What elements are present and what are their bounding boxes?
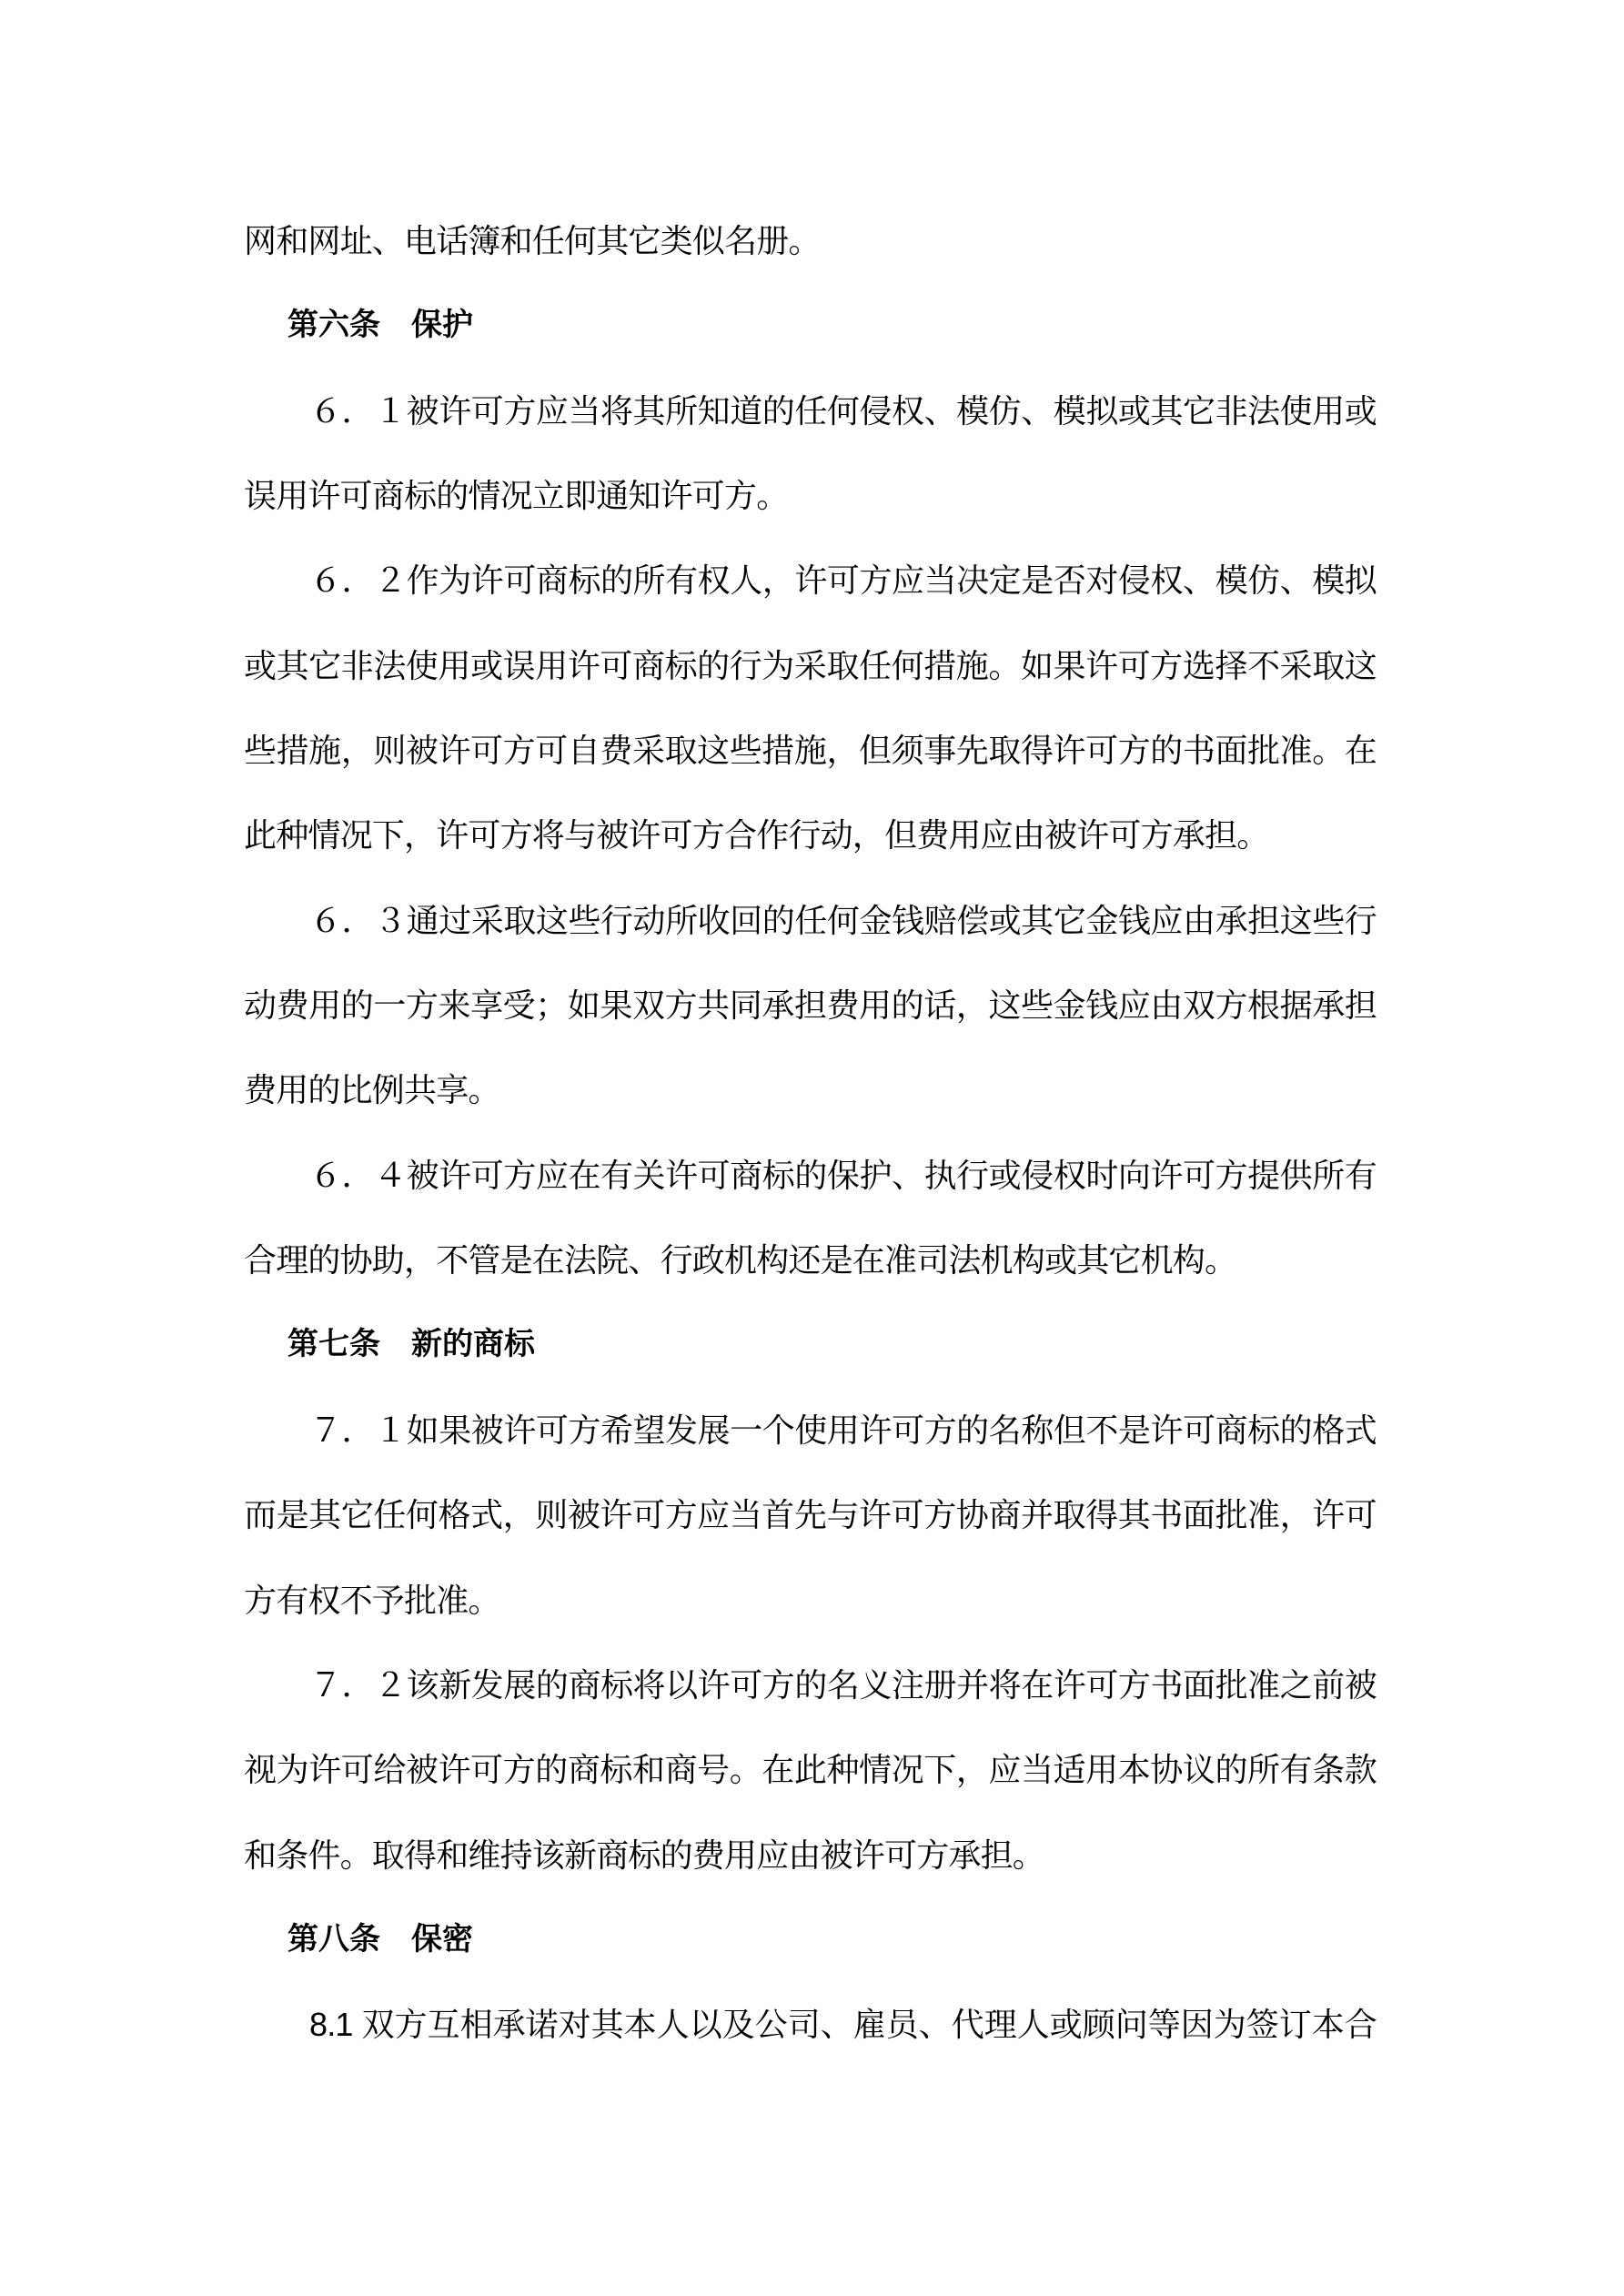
text-line: 合理的协助，不管是在法院、行政机构还是在准司法机构或其它机构。 [244, 1218, 1377, 1302]
text-line: 8.1 双方互相承诺对其本人以及公司、雇员、代理人或顾问等因为签订本合 [244, 1982, 1377, 2067]
section-heading: 第八条 保密 [244, 1897, 1377, 1982]
text-line: ６．１被许可方应当将其所知道的任何侵权、模仿、模拟或其它非法使用或 [244, 369, 1377, 453]
text-line: 误用许可商标的情况立即通知许可方。 [244, 453, 1377, 538]
text-line: 视为许可给被许可方的商标和商号。在此种情况下，应当适用本协议的所有条款 [244, 1727, 1377, 1812]
section-heading: 第六条 保护 [244, 283, 1377, 368]
document-page: 网和网址、电话簿和任何其它类似名册。第六条 保护６．１被许可方应当将其所知道的任… [0, 0, 1624, 2296]
text-line: ７．１如果被许可方希望发展一个使用许可方的名称但不是许可商标的格式 [244, 1388, 1377, 1472]
text-line: 网和网址、电话簿和任何其它类似名册。 [244, 198, 1377, 283]
text-line: 费用的比例共享。 [244, 1047, 1377, 1132]
text-line: 动费用的一方来享受；如果双方共同承担费用的话，这些金钱应由双方根据承担 [244, 963, 1377, 1047]
text-line: 些措施，则被许可方可自费采取这些措施，但须事先取得许可方的书面批准。在 [244, 708, 1377, 793]
text-line: 此种情况下，许可方将与被许可方合作行动，但费用应由被许可方承担。 [244, 793, 1377, 877]
document-text: 网和网址、电话簿和任何其它类似名册。第六条 保护６．１被许可方应当将其所知道的任… [244, 198, 1377, 2068]
text-line: 方有权不予批准。 [244, 1558, 1377, 1643]
text-line: 和条件。取得和维持该新商标的费用应由被许可方承担。 [244, 1813, 1377, 1897]
text-line: ７．２该新发展的商标将以许可方的名义注册并将在许可方书面批准之前被 [244, 1643, 1377, 1727]
text-line: ６．３通过采取这些行动所收回的任何金钱赔偿或其它金钱应由承担这些行 [244, 878, 1377, 963]
text-line: 而是其它任何格式，则被许可方应当首先与许可方协商并取得其书面批准，许可 [244, 1472, 1377, 1557]
section-heading: 第七条 新的商标 [244, 1302, 1377, 1387]
text-line: ６．４被许可方应在有关许可商标的保护、执行或侵权时向许可方提供所有 [244, 1133, 1377, 1218]
text-line: 或其它非法使用或误用许可商标的行为采取任何措施。如果许可方选择不采取这 [244, 623, 1377, 708]
text-line: ６．２作为许可商标的所有权人，许可方应当决定是否对侵权、模仿、模拟 [244, 538, 1377, 622]
